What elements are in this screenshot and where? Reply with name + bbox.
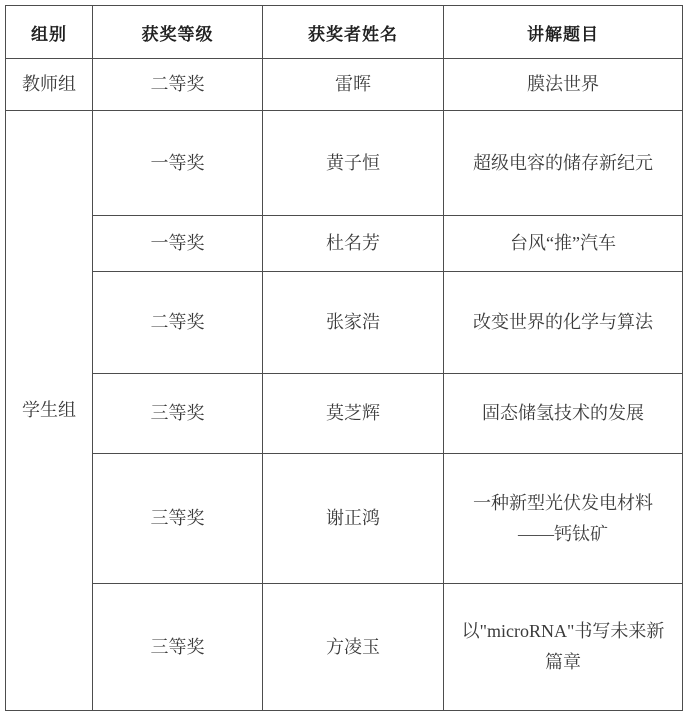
topic-cell: 膜法世界 [444,59,683,111]
winner-cell: 谢正鸿 [263,454,444,584]
topic-cell: 台风“推”汽车 [444,216,683,272]
table-row: 三等奖 谢正鸿 一种新型光伏发电材料 ——钙钛矿 [6,454,683,584]
level-cell: 一等奖 [93,216,263,272]
topic-cell: 改变世界的化学与算法 [444,272,683,374]
header-cell-winner: 获奖者姓名 [263,6,444,59]
level-cell: 一等奖 [93,111,263,216]
topic-cell: 超级电容的储存新纪元 [444,111,683,216]
table-header-row: 组别 获奖等级 获奖者姓名 讲解题目 [6,6,683,59]
topic-cell: 以"microRNA"书写未来新 篇章 [444,584,683,711]
table-row: 三等奖 莫芝辉 固态储氢技术的发展 [6,374,683,454]
table-row: 一等奖 杜名芳 台风“推”汽车 [6,216,683,272]
winner-cell: 雷晖 [263,59,444,111]
topic-cell: 固态储氢技术的发展 [444,374,683,454]
group-cell-teacher: 教师组 [6,59,93,111]
level-cell: 三等奖 [93,374,263,454]
header-cell-group: 组别 [6,6,93,59]
winner-cell: 张家浩 [263,272,444,374]
table-row: 三等奖 方凌玉 以"microRNA"书写未来新 篇章 [6,584,683,711]
level-cell: 三等奖 [93,454,263,584]
level-cell: 二等奖 [93,272,263,374]
table-row: 二等奖 张家浩 改变世界的化学与算法 [6,272,683,374]
header-cell-level: 获奖等级 [93,6,263,59]
table-row: 学生组 一等奖 黄子恒 超级电容的储存新纪元 [6,111,683,216]
topic-cell: 一种新型光伏发电材料 ——钙钛矿 [444,454,683,584]
awards-table: 组别 获奖等级 获奖者姓名 讲解题目 教师组 二等奖 雷晖 膜法世界 学生组 一… [5,5,683,711]
table-row: 教师组 二等奖 雷晖 膜法世界 [6,59,683,111]
winner-cell: 杜名芳 [263,216,444,272]
level-cell: 二等奖 [93,59,263,111]
winner-cell: 黄子恒 [263,111,444,216]
group-cell-student: 学生组 [6,111,93,711]
winner-cell: 莫芝辉 [263,374,444,454]
header-cell-topic: 讲解题目 [444,6,683,59]
level-cell: 三等奖 [93,584,263,711]
page: 组别 获奖等级 获奖者姓名 讲解题目 教师组 二等奖 雷晖 膜法世界 学生组 一… [0,0,687,716]
winner-cell: 方凌玉 [263,584,444,711]
